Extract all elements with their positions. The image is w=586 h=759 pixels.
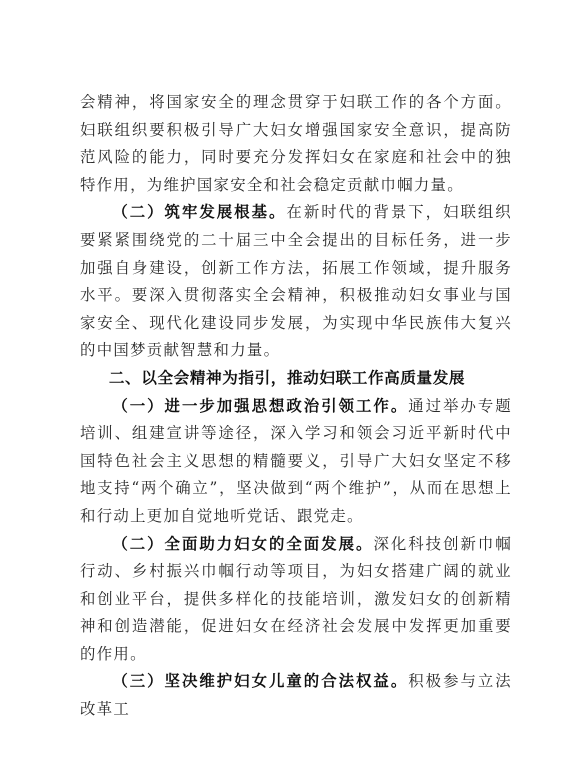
subsection-lead: （一）进一步加强思想政治引领工作。 bbox=[112, 397, 408, 415]
paragraph-text: 通过举办专题培训、组建宣讲等途径，深入学习和领会习近平新时代中国特色社会主义思想… bbox=[80, 397, 512, 525]
document-body: 会精神，将国家安全的理念贯穿于妇联工作的各个方面。妇联组织要积极引导广大妇女增强… bbox=[80, 89, 512, 724]
paragraph-subsection-3: （三）坚决维护妇女儿童的合法权益。积极参与立法改革工 bbox=[80, 668, 512, 723]
section-heading: 二、以全会精神为指引，推动妇联工作高质量发展 bbox=[80, 365, 512, 393]
paragraph-subsection-1: （一）进一步加强思想政治引领工作。通过举办专题培训、组建宣讲等途径，深入学习和领… bbox=[80, 393, 512, 531]
paragraph-subsection-2b: （二）全面助力妇女的全面发展。深化科技创新巾帼行动、乡村振兴巾帼行动等项目，为妇… bbox=[80, 531, 512, 669]
paragraph-subsection-2: （二）筑牢发展根基。在新时代的背景下，妇联组织要紧紧围绕党的二十届三中全会提出的… bbox=[80, 199, 512, 365]
subsection-lead: （二）全面助力妇女的全面发展。 bbox=[112, 535, 373, 553]
paragraph-text: 深化科技创新巾帼行动、乡村振兴巾帼行动等项目，为妇女搭建广阔的就业和创业平台，提… bbox=[80, 535, 512, 663]
subsection-lead: （二）筑牢发展根基。 bbox=[112, 203, 286, 221]
document-page: 会精神，将国家安全的理念贯穿于妇联工作的各个方面。妇联组织要积极引导广大妇女增强… bbox=[0, 0, 586, 759]
paragraph-continuation: 会精神，将国家安全的理念贯穿于妇联工作的各个方面。妇联组织要积极引导广大妇女增强… bbox=[80, 89, 512, 199]
paragraph-text: 会精神，将国家安全的理念贯穿于妇联工作的各个方面。妇联组织要积极引导广大妇女增强… bbox=[80, 93, 512, 194]
subsection-lead: （三）坚决维护妇女儿童的合法权益。 bbox=[112, 672, 408, 690]
paragraph-text: 在新时代的背景下，妇联组织要紧紧围绕党的二十届三中全会提出的目标任务，进一步加强… bbox=[80, 203, 512, 359]
